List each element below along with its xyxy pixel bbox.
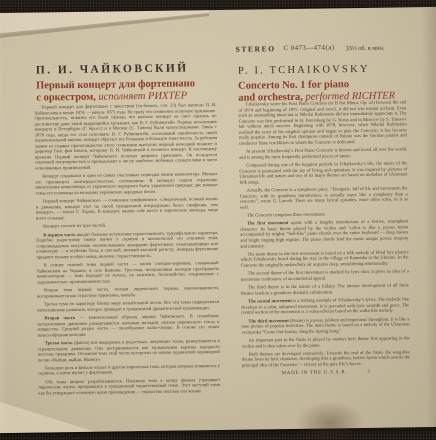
stereo-label: STEREO — [236, 44, 276, 54]
liner-paragraph: Вторая тема первой части, полная лиричес… — [37, 285, 219, 299]
liner-paragraph: Концерт создавался в один из самых счаст… — [35, 171, 217, 196]
liner-paragraph: В основе главной темы первой части — нап… — [37, 260, 219, 285]
liner-paragraph: Actually, the Concerto is a symphonic pi… — [240, 185, 408, 210]
liner-paragraph: Третья тема по характеру близка миру кол… — [37, 299, 219, 313]
liner-paragraph: The second theme of the first movement i… — [241, 269, 409, 282]
liner-paragraph: Третья часть (финал) вся выдержана в рад… — [38, 338, 220, 363]
liner-paragraph: Концерт состоит из трех частей. — [36, 221, 218, 229]
liner-notes-english: Tchaikovsky wrote his First Piano Concer… — [238, 99, 410, 376]
liner-notes-russian: Первый концерт для фортепиано с оркестро… — [34, 102, 220, 399]
liner-paragraph: The first movement opens with a lengthy … — [240, 219, 408, 249]
liner-paragraph: Composed during one of the happiest peri… — [239, 160, 407, 185]
shadow-stain — [295, 400, 366, 440]
liner-paragraph: The third movement (Finale) is joyous, j… — [241, 316, 409, 335]
liner-paragraph: Tchaikovsky wrote his First Piano Concer… — [238, 99, 407, 146]
liner-paragraph: Первый концерт для фортепиано с оркестро… — [34, 102, 217, 171]
liner-paragraph: Вторая часть — замечательный образец лир… — [37, 313, 219, 338]
liner-paragraph: An important part in the finale is playe… — [242, 335, 410, 348]
header-russian: П. И. ЧАЙКОВСКИЙ Первый концерт для форт… — [36, 62, 195, 104]
liner-paragraph: At present Tchaikovsky’s First Piano Con… — [239, 147, 407, 160]
composer-name-en: P. I. TCHAIKOVSKY — [238, 64, 395, 77]
liner-paragraph: The third theme is in the nature of a lu… — [241, 283, 409, 296]
record-sleeve: STEREO С 0473—474(а) 33⅓ об. в мин. П. И… — [0, 7, 436, 433]
liner-paragraph: Обе темы широко разрабатываются. Напевна… — [38, 377, 220, 396]
header-english: P. I. TCHAIKOVSKY Concerto No. 1 for pia… — [238, 64, 395, 105]
liner-paragraph: Both themes are developed extensively. T… — [242, 349, 410, 368]
liner-paragraph: Большую роль в финале играет и другая ли… — [38, 363, 220, 377]
right-edge-shadow — [421, 7, 436, 427]
made-in-label: MADE IN THE U.S.S.R. — [282, 370, 348, 376]
liner-paragraph: The Concerto comprises three movements. — [240, 210, 408, 218]
liner-paragraph: Первый концерт Чайковского — сочинение с… — [36, 196, 218, 221]
catalog-number: С 0473—474(а) — [284, 44, 335, 52]
performer-name-ru: исполняет РИХТЕР — [98, 90, 187, 102]
page-number: 3 — [367, 369, 370, 374]
composer-name-ru: П. И. ЧАЙКОВСКИЙ — [36, 62, 195, 76]
left-edge-highlight — [0, 13, 9, 433]
photo-background: STEREO С 0473—474(а) 33⅓ об. в мин. П. И… — [0, 0, 436, 440]
work-title-ru-prefix: с оркестром, — [36, 92, 98, 104]
liner-paragraph: The second movement is a striking exampl… — [241, 296, 409, 315]
made-in-line: MADE IN THE U.S.S.R.3 — [242, 369, 410, 376]
liner-paragraph: В первую часть вводит большое вступление… — [36, 230, 218, 260]
liner-paragraph: The main theme in the first movement is … — [240, 249, 408, 268]
speed-label: 33⅓ об. в мин. — [346, 45, 385, 53]
